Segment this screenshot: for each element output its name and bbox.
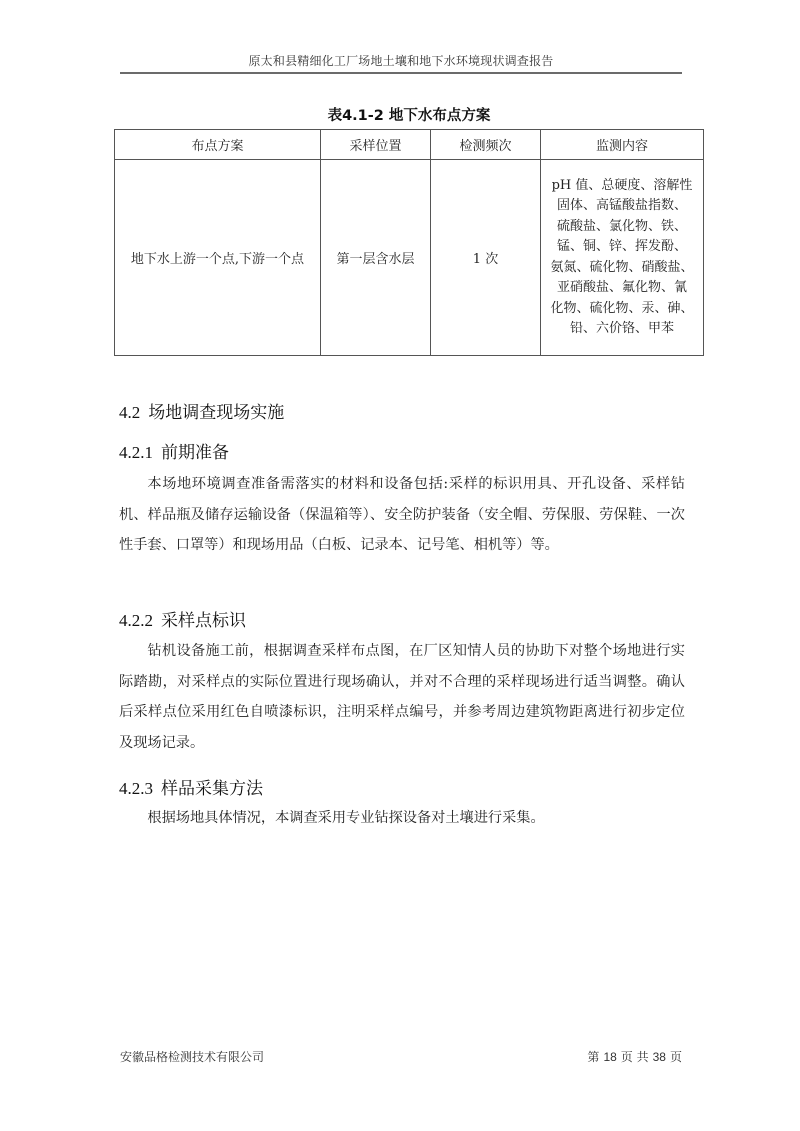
content-line: 氨氮、硫化物、硝酸盐、 [541, 258, 703, 279]
section-number: 4.2.2 [119, 611, 153, 630]
section-heading-4-2-2: 4.2.2采样点标识 [119, 606, 246, 631]
column-header-location: 采样位置 [321, 130, 431, 160]
cell-layout: 地下水上游一个点,下游一个点 [115, 160, 321, 356]
content-line: 铅、六价铬、甲苯 [541, 319, 703, 340]
section-title: 样品采集方法 [161, 779, 263, 799]
content-line: 亚硝酸盐、氟化物、氰 [541, 278, 703, 299]
table-header-row: 布点方案 采样位置 检测频次 监测内容 [115, 130, 704, 160]
section-number: 4.2.1 [119, 443, 153, 462]
cell-monitoring-content: pH 值、总硬度、溶解性 固体、高锰酸盐指数、 硫酸盐、氯化物、铁、 锰、铜、锌… [541, 160, 704, 356]
page-current: 18 [603, 1050, 616, 1064]
column-header-content: 监测内容 [541, 130, 704, 160]
page-prefix: 第 [587, 1050, 599, 1064]
content-line: 化物、硫化物、汞、砷、 [541, 299, 703, 320]
page-mid: 页 共 [621, 1050, 649, 1064]
table-caption: 表4.1-2 地下水布点方案 [114, 104, 704, 125]
content-line: pH 值、总硬度、溶解性 [541, 176, 703, 197]
section-number: 4.2.3 [119, 779, 153, 798]
column-header-frequency: 检测频次 [431, 130, 541, 160]
footer-company: 安徽品格检测技术有限公司 [120, 1048, 264, 1065]
section-title: 采样点标识 [161, 611, 246, 631]
cell-frequency: 1 次 [431, 160, 541, 356]
header-rule [120, 72, 682, 74]
table-row: 地下水上游一个点,下游一个点 第一层含水层 1 次 pH 值、总硬度、溶解性 固… [115, 160, 704, 356]
section-number: 4.2 [119, 403, 140, 422]
section-heading-4-2: 4.2场地调查现场实施 [119, 398, 284, 423]
section-heading-4-2-1: 4.2.1前期准备 [119, 438, 229, 463]
content-line: 锰、铜、锌、挥发酚、 [541, 237, 703, 258]
section-title: 前期准备 [161, 443, 229, 463]
paragraph-preparation: 本场地环境调查准备需落实的材料和设备包括:采样的标识用具、开孔设备、采样钻机、样… [119, 469, 685, 561]
section-heading-4-2-3: 4.2.3样品采集方法 [119, 774, 263, 799]
page-suffix: 页 [670, 1050, 682, 1064]
groundwater-sampling-table: 布点方案 采样位置 检测频次 监测内容 地下水上游一个点,下游一个点 第一层含水… [114, 129, 704, 356]
cell-location: 第一层含水层 [321, 160, 431, 356]
paragraph-sampling-point-marking: 钻机设备施工前，根据调查采样布点图，在厂区知情人员的协助下对整个场地进行实际踏勘… [119, 636, 685, 758]
content-line: 固体、高锰酸盐指数、 [541, 196, 703, 217]
footer-page-number: 第18页 共38页 [587, 1048, 682, 1065]
running-header: 原太和县精细化工厂场地土壤和地下水环境现状调查报告 [120, 52, 682, 69]
section-title: 场地调查现场实施 [148, 403, 284, 423]
paragraph-sample-collection: 根据场地具体情况，本调查采用专业钻探设备对土壤进行采集。 [119, 803, 685, 834]
column-header-layout: 布点方案 [115, 130, 321, 160]
page-total: 38 [653, 1050, 666, 1064]
content-line: 硫酸盐、氯化物、铁、 [541, 217, 703, 238]
